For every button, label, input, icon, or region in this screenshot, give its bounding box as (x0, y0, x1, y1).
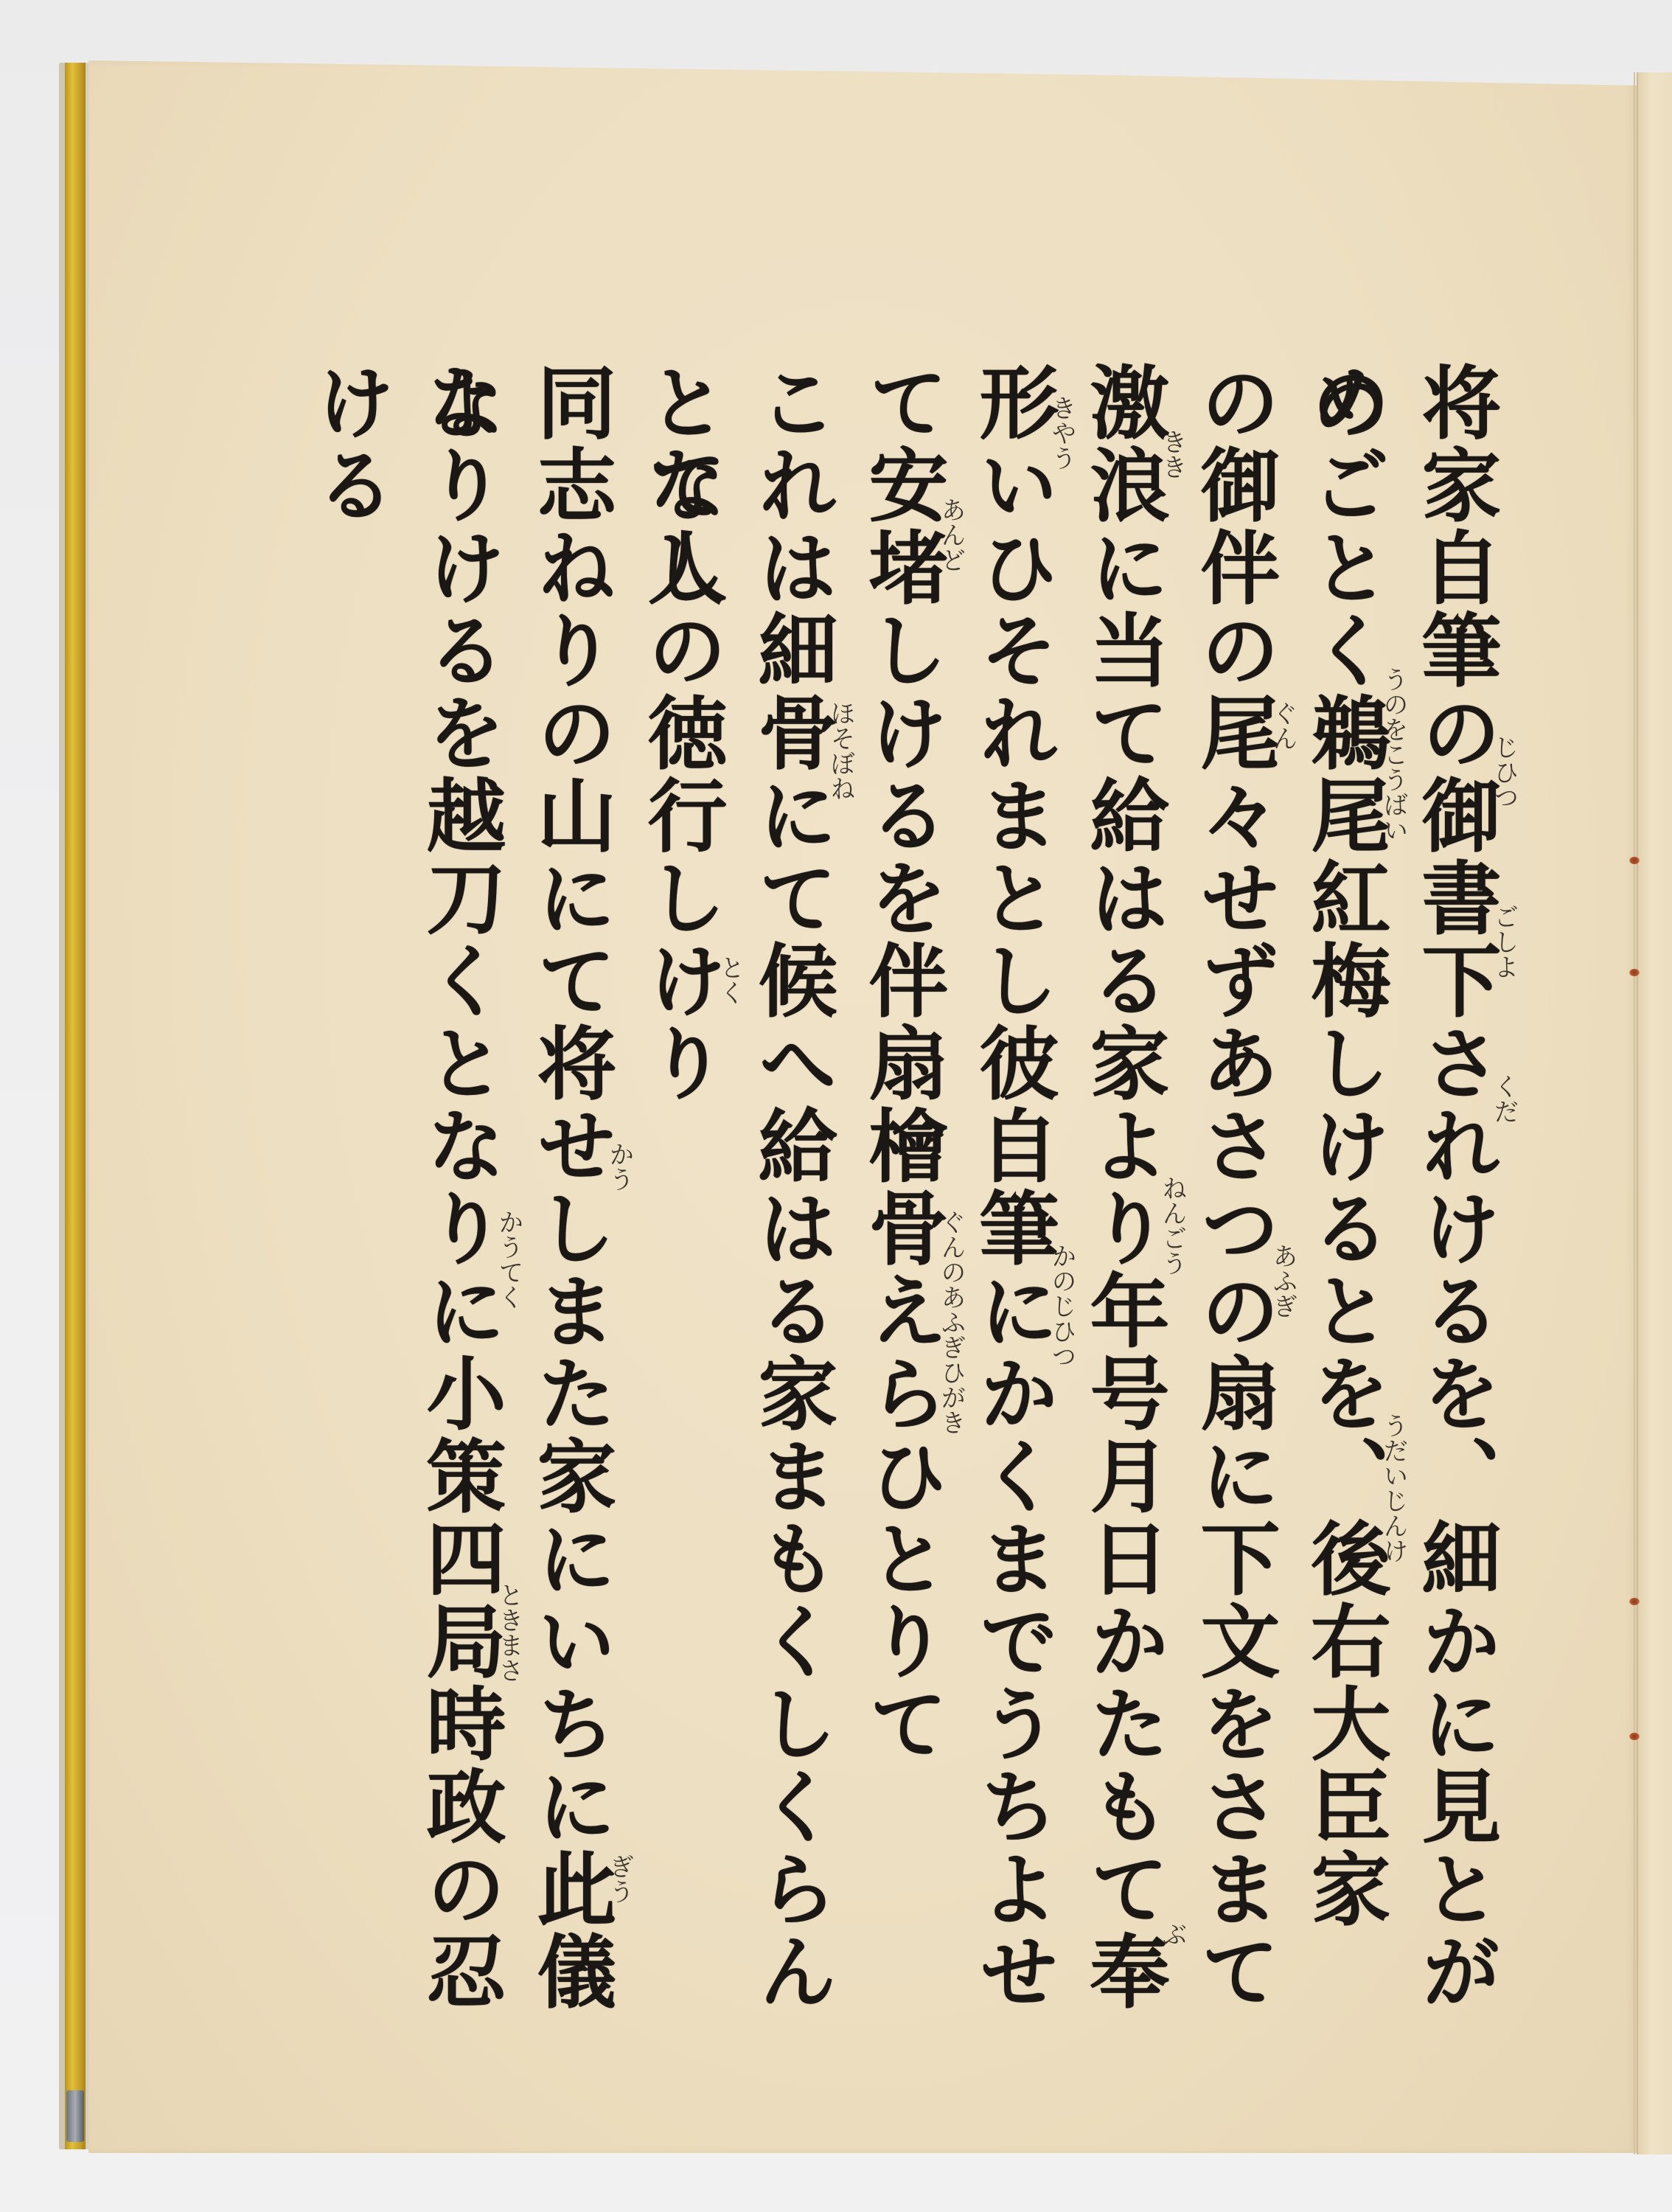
column-main-text: なりけるを越刀くとなりに小策四局時政の忍ける (293, 361, 515, 2057)
text-column: 形いひそれまとし彼自筆にかくまでうちよせきやうかのじひつ (957, 361, 1067, 2057)
text-column: のごとく鵜尾紅梅しけるとを、後右大臣家うのをこうばいうだいじんけ (1289, 361, 1399, 2057)
text-columns: 将家自筆の御書下されけるを、細かに見とがめじひつごしよくだのごとく鵜尾紅梅しける… (404, 361, 1510, 2057)
furigana-annotations: じひつごしよくだ (1486, 361, 1522, 2057)
furigana: あんど (933, 497, 969, 572)
binding-hole-4 (1629, 1733, 1640, 1740)
furigana: とく (712, 955, 748, 1005)
facing-page-edge (1637, 72, 1672, 2154)
furigana: うだいじんけ (1376, 1413, 1412, 1563)
text-column: なりけるを越刀くとなりに小策四局時政の忍けるかうてくときまさ (404, 361, 515, 2057)
furigana: うのをこうばい (1376, 667, 1412, 842)
furigana-annotations: きやうかのじひつ (1044, 361, 1079, 2057)
furigana: じひつ (1486, 734, 1522, 810)
furigana-annotations: とく (712, 361, 748, 2057)
furigana-annotations: ききねんごうぶ (1154, 361, 1190, 2057)
text-column: これは細骨にて候へ給はる家まもくしくらんとなしほそぼね (736, 361, 846, 2057)
furigana-annotations: かうてくときまさ (491, 361, 526, 2057)
furigana: あふぎ (1265, 1243, 1301, 1318)
furigana: かう (602, 1141, 638, 1192)
cover-corner-wear (66, 2090, 84, 2142)
text-column: の御伴の尾々せずあさつの扇に下文をさまてぐんあふぎ (1178, 361, 1289, 2057)
furigana: ねんごう (1154, 1175, 1191, 1276)
binding-hole-1 (1629, 857, 1640, 864)
furigana: ときまさ (491, 1582, 527, 1683)
furigana-annotations: ぐんあふぎ (1265, 361, 1300, 2057)
binding-hole-3 (1629, 1598, 1640, 1605)
furigana: かうてく (491, 1209, 527, 1310)
binding-hole-2 (1629, 969, 1640, 976)
furigana-annotations: うのをこうばいうだいじんけ (1376, 361, 1411, 2057)
furigana: ぐん (1265, 700, 1301, 751)
page-fold-line (1634, 72, 1635, 2154)
text-column: 将家自筆の御書下されけるを、細かに見とがめじひつごしよくだ (1399, 361, 1510, 2057)
furigana-annotations: かうぎう (602, 361, 637, 2057)
text-column: 同志ねりの山にて将せしまた家にいちに此儀よかうぎう (515, 361, 625, 2057)
furigana: かのじひつ (1044, 1243, 1080, 1368)
furigana-annotations: ほそぼね (823, 361, 858, 2057)
text-column: て安堵しけるを伴扇檜骨えらひとりてあんどぐんのあふぎひがき (846, 361, 957, 2057)
furigana: くだ (1486, 1074, 1522, 1124)
furigana: きやう (1044, 395, 1080, 470)
furigana-annotations: あんどぐんのあふぎひがき (933, 361, 969, 2057)
gold-cover-edge (59, 63, 88, 2149)
furigana: ぐんのあふぎひがき (933, 1209, 969, 1435)
text-column: 激浪に当て給はる家より年号月日かたもて奉ききねんごうぶ (1067, 361, 1178, 2057)
furigana: ごしよ (1486, 904, 1522, 979)
furigana: ぶ (1154, 1921, 1191, 1947)
furigana: きき (1154, 429, 1191, 479)
furigana: ぎう (602, 1854, 638, 1904)
text-column: とて人の徳行しけりとく (625, 361, 736, 2057)
furigana: ほそぼね (823, 700, 859, 801)
